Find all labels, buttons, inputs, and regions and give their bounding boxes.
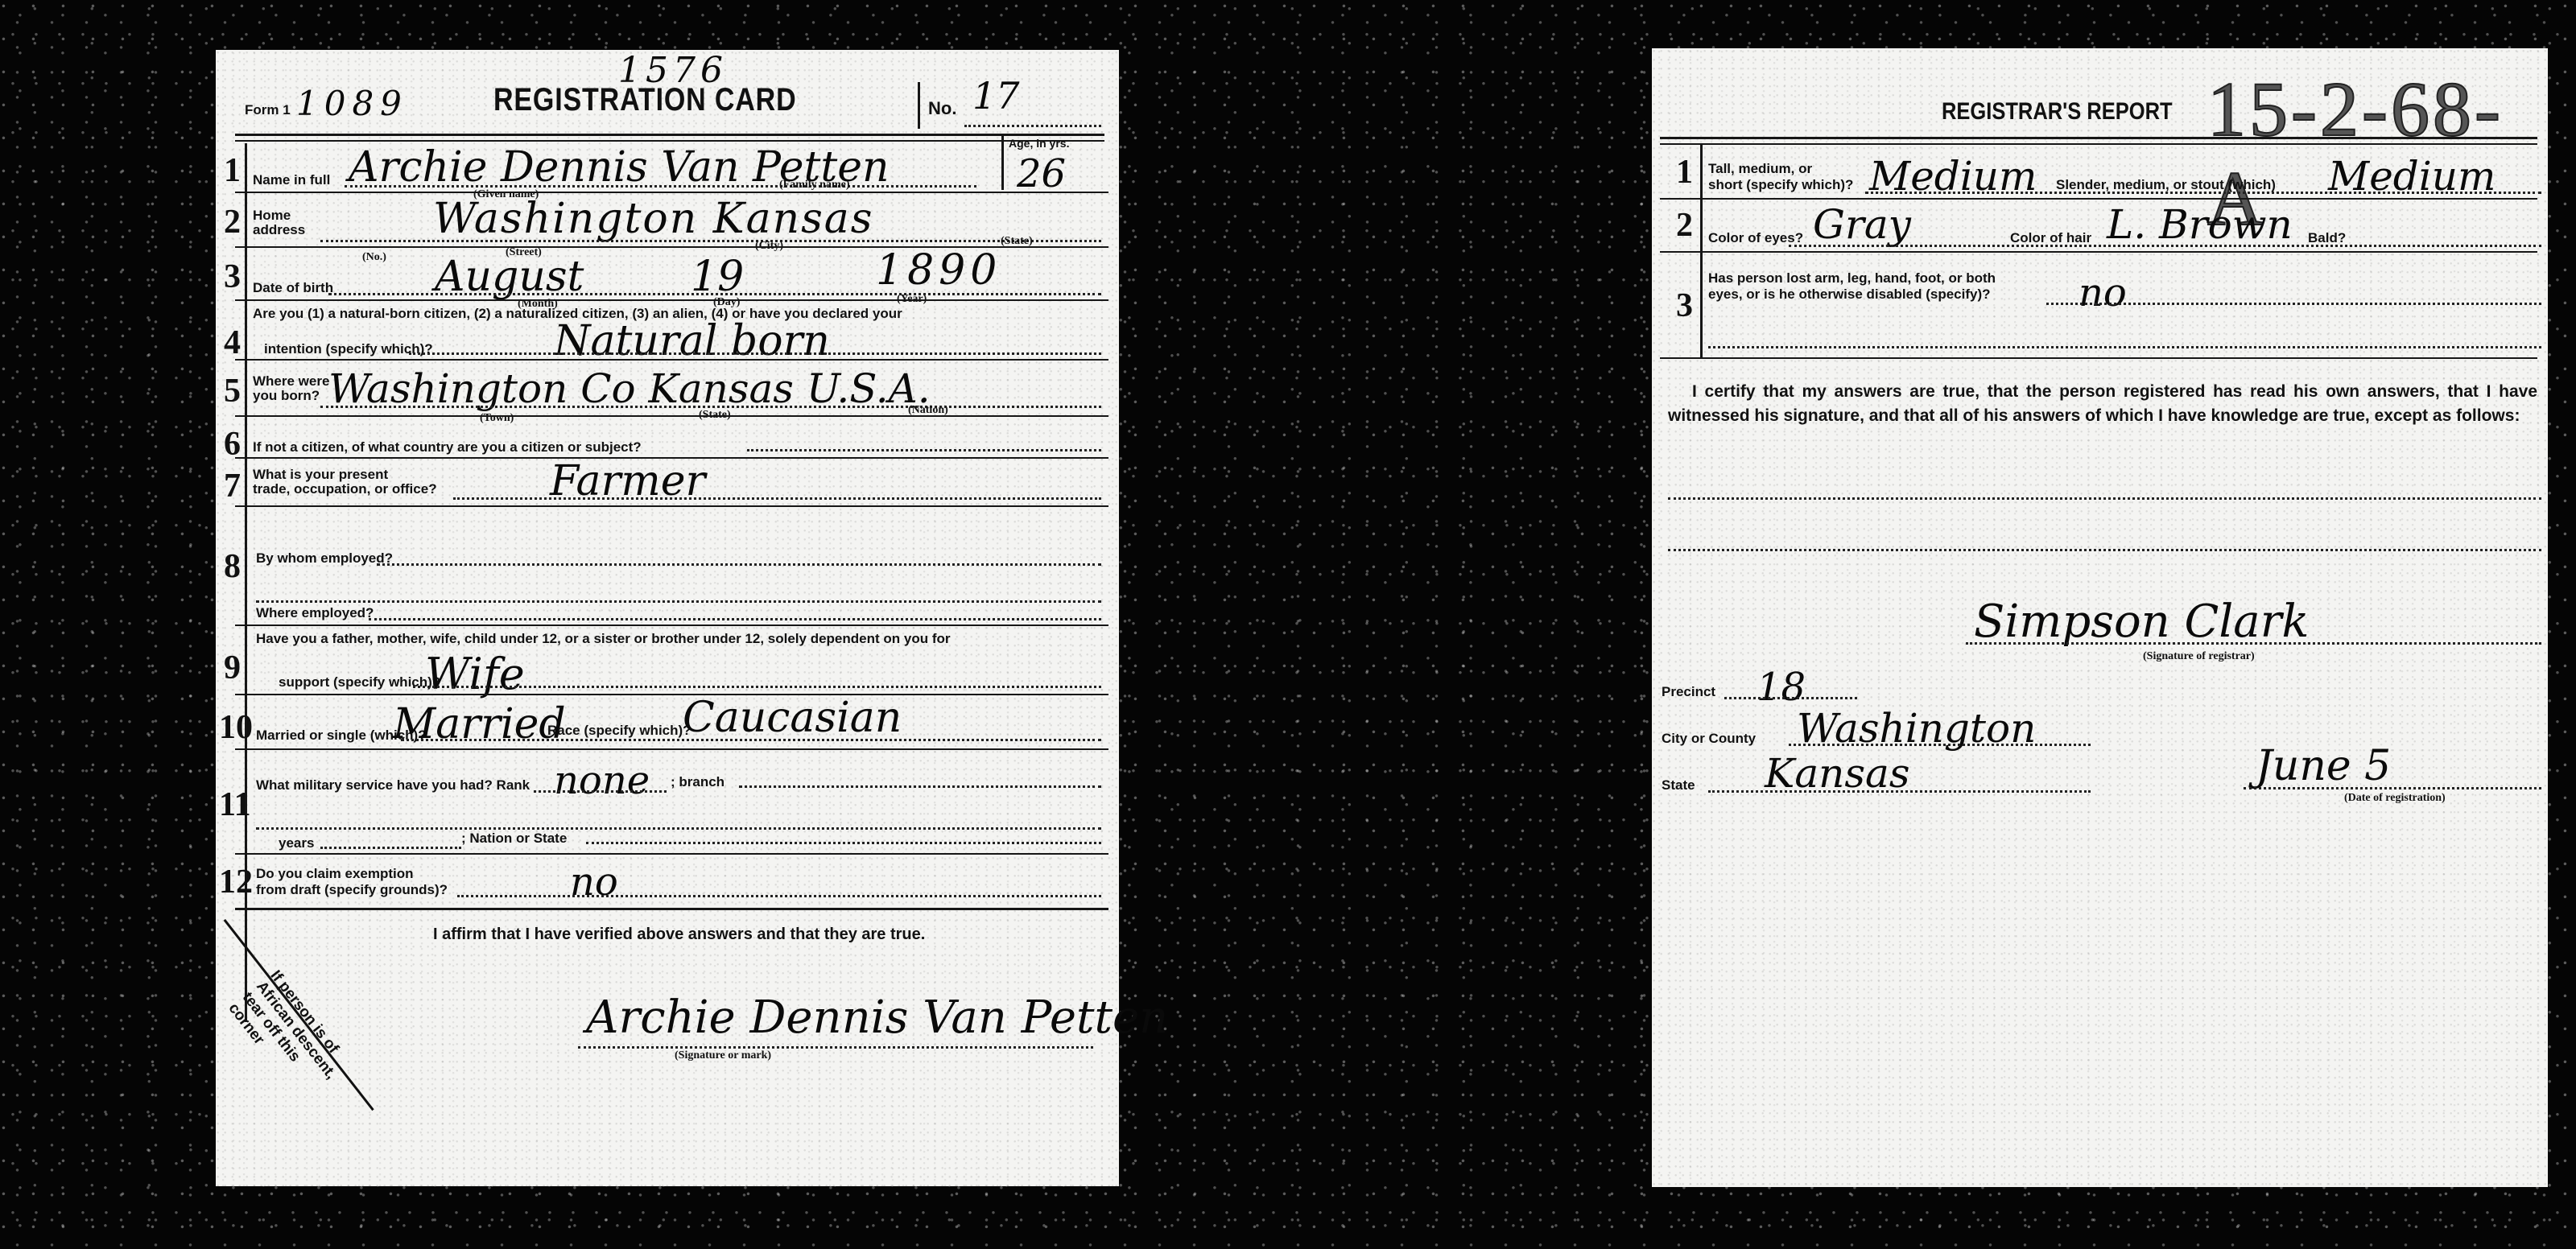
row-number: 2 xyxy=(1676,206,1693,245)
top-rule xyxy=(235,134,1104,136)
military-line-2 xyxy=(256,827,1101,830)
hair-color-value: L. Brown xyxy=(2107,201,2293,248)
branch-line xyxy=(739,785,1101,788)
years-line xyxy=(320,847,461,849)
citizenship-value: Natural born xyxy=(554,317,830,365)
row-number: 3 xyxy=(1676,286,1693,325)
row-number: 12 xyxy=(219,863,253,901)
exemption-label-1: Do you claim exemption xyxy=(256,866,414,882)
exemption-value: no xyxy=(570,859,618,905)
registration-date-line xyxy=(2244,787,2541,789)
header-divider xyxy=(918,82,920,129)
occupation-label-1: What is your present xyxy=(253,467,388,483)
citizenship-label: intention (specify which)? xyxy=(264,341,433,357)
branch-label: ; branch xyxy=(671,774,724,790)
row-number: 5 xyxy=(224,372,241,410)
registration-date-label: (Date of registration) xyxy=(2344,792,2446,805)
row-divider xyxy=(1660,198,2537,200)
employer-line-2 xyxy=(256,600,1101,603)
height-line xyxy=(1865,192,2541,194)
height-label-2: short (specify which)? xyxy=(1708,177,1853,193)
report-title: REGISTRAR'S REPORT xyxy=(1942,98,2173,126)
disability-value: no xyxy=(2079,270,2127,315)
hair-color-label: Color of hair xyxy=(2010,230,2091,246)
dependents-line xyxy=(413,686,1101,688)
signature-label: (Signature or mark) xyxy=(675,1049,771,1062)
registrant-signature: Archie Dennis Van Petten xyxy=(586,991,1168,1044)
row-divider xyxy=(235,694,1108,695)
registrar-signature-line xyxy=(1966,642,2541,645)
height-label-1: Tall, medium, or xyxy=(1708,161,1812,177)
registrar-signature: Simpson Clark xyxy=(1974,596,2309,648)
birthplace-label-1: Where were xyxy=(253,373,329,390)
address-label: address xyxy=(253,222,305,238)
dependents-value: Wife xyxy=(425,649,525,699)
age-divider xyxy=(1001,134,1004,190)
name-line xyxy=(345,185,976,188)
eye-color-value: Gray xyxy=(1813,201,1911,248)
home-address-value: Washington Kansas xyxy=(433,195,873,243)
birthplace-line xyxy=(320,406,1101,408)
form-label: Form 1 xyxy=(245,102,291,118)
registrar-signature-label: (Signature of registrar) xyxy=(2143,650,2255,663)
dependents-question: Have you a father, mother, wife, child u… xyxy=(256,631,950,647)
military-rank-value: none xyxy=(554,758,650,803)
top-rule-2 xyxy=(1660,143,2537,145)
occupation-label-2: trade, occupation, or office? xyxy=(253,481,437,497)
bottom-rule xyxy=(235,908,1108,910)
disability-line xyxy=(2046,303,2541,305)
row-number: 11 xyxy=(219,785,251,824)
row-divider xyxy=(235,624,1108,626)
precinct-line xyxy=(1724,697,1857,699)
city-county-line xyxy=(1789,744,2091,746)
race-value: Caucasian xyxy=(683,694,902,742)
row-number: 10 xyxy=(219,708,253,747)
exception-line-2 xyxy=(1668,549,2541,551)
row-number: 1 xyxy=(224,151,241,190)
birthplace-label-2: you born? xyxy=(253,388,320,404)
precinct-value: 18 xyxy=(1757,665,1806,710)
dob-year: 1890 xyxy=(876,246,1001,295)
exemption-line xyxy=(457,895,1101,897)
bald-label: Bald? xyxy=(2308,230,2346,246)
rank-line xyxy=(534,790,667,793)
dependents-label: support (specify which)? xyxy=(279,674,440,690)
nation-state-label: ; Nation or State xyxy=(461,831,567,847)
citizen-country-label: If not a citizen, of what country are yo… xyxy=(253,439,642,455)
employer-label: By whom employed? xyxy=(256,550,393,567)
registration-date-value: June 5 xyxy=(2256,742,2391,790)
row-number: 9 xyxy=(224,649,241,687)
affirmation-text: I affirm that I have verified above answ… xyxy=(433,925,925,944)
row-number: 4 xyxy=(224,324,241,362)
where-employed-line xyxy=(369,618,1101,620)
row-divider xyxy=(235,359,1108,361)
row-number: 2 xyxy=(224,203,241,241)
state-label: State xyxy=(1662,777,1695,794)
form-number: 1089 xyxy=(296,84,408,123)
row-number: 7 xyxy=(224,467,241,505)
citizen-country-line xyxy=(747,449,1101,451)
row-divider xyxy=(235,748,1108,750)
top-rule xyxy=(1660,137,2537,139)
years-label: years xyxy=(279,835,314,851)
row-divider xyxy=(235,853,1108,855)
tear-off-note: If person is of African descent, tear of… xyxy=(225,967,353,1105)
address-line xyxy=(320,240,1101,242)
top-rule-2 xyxy=(235,140,1104,142)
family-name-sublabel: (Family name) xyxy=(779,179,849,192)
dob-line xyxy=(328,293,1101,295)
dob-label: Date of birth xyxy=(253,280,333,296)
row-number: 8 xyxy=(224,547,241,586)
disability-label-2: eyes, or is he otherwise disabled (speci… xyxy=(1708,286,1991,303)
disability-label-1: Has person lost arm, leg, hand, foot, or… xyxy=(1708,270,1996,286)
card-number: 17 xyxy=(972,74,1020,117)
row-divider xyxy=(1660,357,2537,359)
no-sublabel: (No.) xyxy=(362,251,386,264)
row-divider xyxy=(1660,251,2537,253)
row-divider xyxy=(235,505,1108,507)
precinct-label: Precinct xyxy=(1662,684,1715,700)
employer-line xyxy=(377,563,1101,566)
eyes-line xyxy=(1789,245,2541,247)
occupation-line xyxy=(453,497,1101,500)
row-divider xyxy=(235,299,1108,301)
no-label: No. xyxy=(928,98,956,119)
build-label: Slender, medium, or stout (which) xyxy=(2056,177,2276,193)
citizenship-line xyxy=(409,352,1101,355)
marital-line xyxy=(401,739,1101,741)
eye-color-label: Color of eyes? xyxy=(1708,230,1803,246)
exemption-label-2: from draft (specify grounds)? xyxy=(256,882,448,898)
age-label: Age, in yrs. xyxy=(1009,137,1069,150)
row-number: 1 xyxy=(1676,153,1693,192)
card-title: REGISTRATION CARD xyxy=(493,82,796,118)
state-line xyxy=(1708,790,2091,793)
disability-line-2 xyxy=(1708,346,2541,348)
military-rank-label: What military service have you had? Rank xyxy=(256,777,530,794)
registrar-report-card: REGISTRAR'S REPORT 15-2-68-A 1 Tall, med… xyxy=(1652,48,2548,1187)
race-label: Race (specify which)? xyxy=(547,723,691,739)
registration-card: Form 1 1089 1576 REGISTRATION CARD No. 1… xyxy=(216,50,1119,1186)
home-label: Home xyxy=(253,208,291,224)
certification-text: I certify that my answers are true, that… xyxy=(1668,380,2537,428)
signature-line xyxy=(578,1046,1093,1049)
town-sublabel: (Town) xyxy=(480,412,514,425)
no-field-line xyxy=(964,125,1101,127)
row-divider xyxy=(235,192,1108,193)
marital-status-value: Married xyxy=(393,700,566,748)
row-number: 3 xyxy=(224,258,241,296)
nation-state-line xyxy=(586,842,1101,844)
age-value: 26 xyxy=(1017,151,1066,196)
where-employed-label: Where employed? xyxy=(256,605,374,621)
name-label: Name in full xyxy=(253,172,330,188)
exception-line-1 xyxy=(1668,497,2541,500)
city-county-label: City or County xyxy=(1662,731,1756,747)
row-divider xyxy=(235,415,1108,417)
